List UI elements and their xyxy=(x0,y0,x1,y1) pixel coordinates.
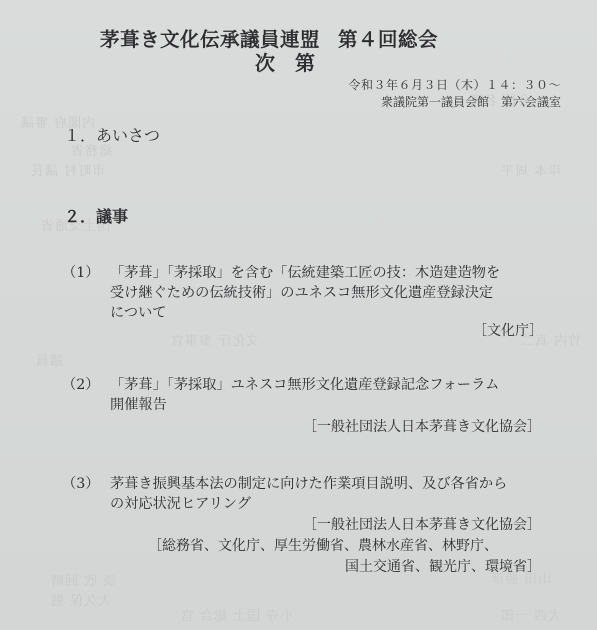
document-subtitle: 次第 xyxy=(255,47,335,76)
item-number: （2） xyxy=(62,375,99,395)
item-number: （1） xyxy=(62,263,99,283)
presenter-label: ［一般社団法人日本茅葺き文化協会］ xyxy=(303,416,541,436)
agenda-document-page: 会員 名簿 内閣府 審議 総務省 市町村 議長 岸本 周平 国土交通省 文化庁 … xyxy=(0,0,597,630)
item-text-line: の対応状況ヒアリング xyxy=(110,494,251,514)
section-agenda: ２．議事 xyxy=(64,204,128,227)
bleed-through-text: 文化庁 参事官 xyxy=(170,330,259,349)
bleed-through-text: 淡 欣 回晴 xyxy=(50,570,116,589)
bleed-through-text: 市町村 議長 xyxy=(30,160,105,179)
item-number: （3） xyxy=(62,474,99,494)
item-text-line: 茅葺き振興基本法の制定に向けた作業項目説明、及び各省から xyxy=(110,474,507,494)
presenter-label: ［文化庁］ xyxy=(473,320,543,340)
section-number: １． xyxy=(64,126,96,145)
item-text-line: 受け継ぐための伝統技術」のユネスコ無形文化遺産登録決定 xyxy=(110,283,493,303)
bleed-through-text: 岸本 周平 xyxy=(500,160,561,179)
section-number: ２． xyxy=(64,207,96,226)
presenter-label: ［一般社団法人日本茅葺き文化協会］ xyxy=(303,514,541,534)
section-label: あいさつ xyxy=(96,126,160,145)
item-text-line: 「茅葺」「茅採取」ユネスコ無形文化遺産登録記念フォーラム xyxy=(110,375,499,395)
bleed-through-text: 議員 xyxy=(35,350,63,369)
section-greeting: １．あいさつ xyxy=(64,123,160,146)
presenter-label: 国土交通省、観光庁、環境省］ xyxy=(345,556,541,576)
bleed-through-text: 大久保 勉 xyxy=(50,590,111,609)
item-text-line: について xyxy=(110,303,166,323)
title-suffix: 第４回総会 xyxy=(338,28,438,51)
section-label: 議事 xyxy=(96,207,128,226)
item-text-line: 開催報告 xyxy=(110,395,167,415)
presenter-label: ［総務省、文化庁、厚生労働省、農林水産省、林野庁、 xyxy=(148,535,498,555)
meeting-date: 令和３年６月３日（木）１４：３０～ xyxy=(348,76,561,93)
bleed-through-text: 小寺 国土 総合 官 xyxy=(180,605,293,624)
bleed-through-text: 大西 一郎 xyxy=(500,605,561,624)
item-text-line: 「茅葺」「茅採取」を含む「伝統建築工匠の技：木造建造物を xyxy=(110,263,500,283)
meeting-venue: 衆議院第一議員会館 第六会議室 xyxy=(381,93,561,110)
